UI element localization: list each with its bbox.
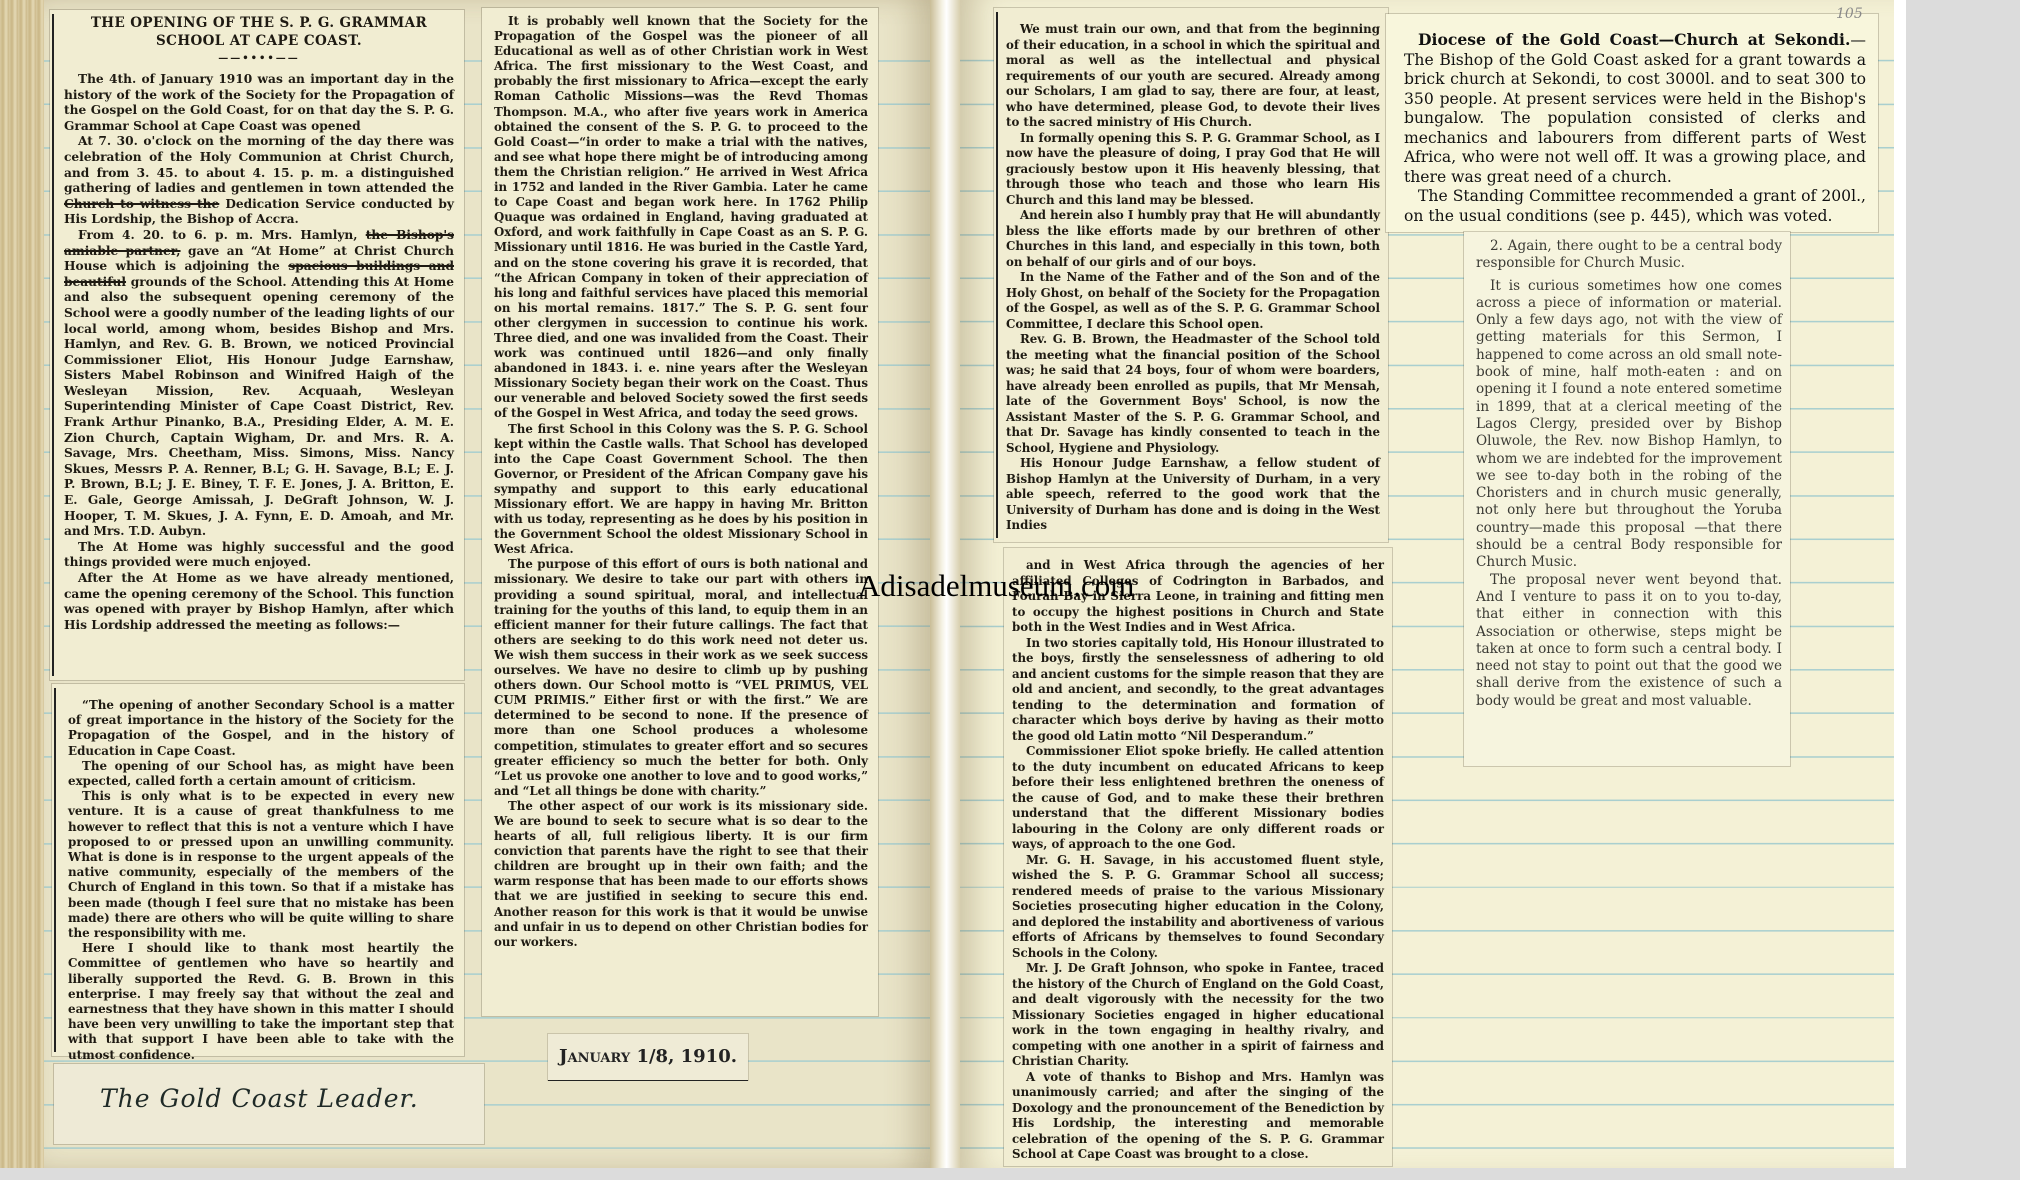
right-margin bbox=[1894, 0, 1906, 1168]
paragraph: In formally opening this S. P. G. Gramma… bbox=[1006, 131, 1380, 209]
paragraph: A vote of thanks to Bishop and Mrs. Haml… bbox=[1012, 1070, 1384, 1163]
page-number: 105 bbox=[1836, 6, 1863, 22]
headline-ornament: ——••••—— bbox=[64, 54, 454, 64]
paragraph: His Honour Judge Earnshaw, a fellow stud… bbox=[1006, 456, 1380, 534]
paragraph: The proposal never went beyond that. And… bbox=[1476, 572, 1782, 710]
handwritten-source: The Gold Coast Leader. bbox=[100, 1084, 419, 1113]
column-rule bbox=[52, 14, 54, 676]
paragraph: And herein also I humbly pray that He wi… bbox=[1006, 208, 1380, 270]
struck-text: Church to witness the bbox=[64, 197, 219, 211]
date-label: January 1/8, 1910. bbox=[559, 1046, 737, 1067]
paragraph: The At Home was highly successful and th… bbox=[64, 540, 454, 571]
speech-part-4-clipping: and in West Africa through the agencies … bbox=[1004, 548, 1392, 1166]
article-headline: THE OPENING OF THE S. P. G. GRAMMAR SCHO… bbox=[64, 14, 454, 50]
paragraph: From 4. 20. to 6. p. m. Mrs. Hamlyn, the… bbox=[64, 228, 454, 540]
text: At 7. 30. o'clock on the morning of the … bbox=[64, 134, 454, 195]
headline-line-1: THE OPENING OF THE S. P. G. GRAMMAR bbox=[64, 14, 454, 32]
scrapbook-album: THE OPENING OF THE S. P. G. GRAMMAR SCHO… bbox=[0, 0, 1906, 1168]
paragraph: It is probably well known that the Socie… bbox=[494, 14, 868, 422]
paragraph: Mr. J. De Graft Johnson, who spoke in Fa… bbox=[1012, 961, 1384, 1070]
paragraph: In two stories capitally told, His Honou… bbox=[1012, 636, 1384, 745]
paragraph: The opening of our School has, as might … bbox=[68, 759, 454, 789]
paragraph: At 7. 30. o'clock on the morning of the … bbox=[64, 134, 454, 228]
clipping-title: Diocese of the Gold Coast—Church at Seko… bbox=[1418, 30, 1850, 49]
page-edges bbox=[0, 0, 44, 1168]
paragraph: The first School in this Colony was the … bbox=[494, 422, 868, 558]
headline-line-2: SCHOOL AT CAPE COAST. bbox=[64, 32, 454, 50]
column-rule bbox=[54, 688, 56, 1052]
paragraph: We must train our own, and that from the… bbox=[1006, 22, 1380, 131]
paragraph: It is curious sometimes how one comes ac… bbox=[1476, 278, 1782, 572]
text: grounds of the School. Attending this At… bbox=[64, 275, 454, 539]
text: From 4. 20. to 6. p. m. Mrs. Hamlyn, bbox=[78, 228, 358, 242]
speech-part-2-clipping: It is probably well known that the Socie… bbox=[482, 8, 878, 1016]
paragraph: “The opening of another Secondary School… bbox=[68, 698, 454, 759]
paragraph: Rev. G. B. Brown, the Headmaster of the … bbox=[1006, 332, 1380, 456]
paragraph: Commissioner Eliot spoke briefly. He cal… bbox=[1012, 744, 1384, 853]
paragraph: 2. Again, there ought to be a central bo… bbox=[1476, 238, 1782, 273]
column-rule bbox=[996, 12, 998, 538]
paragraph: The 4th. of January 1910 was an importan… bbox=[64, 72, 454, 134]
paragraph: Diocese of the Gold Coast—Church at Seko… bbox=[1404, 30, 1866, 187]
sekondi-church-clipping: Diocese of the Gold Coast—Church at Seko… bbox=[1386, 14, 1878, 232]
paragraph: The other aspect of our work is its miss… bbox=[494, 799, 868, 950]
paragraph: This is only what is to be expected in e… bbox=[68, 789, 454, 941]
speech-part-1-clipping: “The opening of another Secondary School… bbox=[52, 684, 464, 1056]
paragraph: The purpose of this effort of ours is bo… bbox=[494, 557, 868, 799]
paragraph: Mr. G. H. Savage, in his accustomed flue… bbox=[1012, 853, 1384, 962]
watermark: Adisadelmuseum.com bbox=[858, 568, 1134, 604]
paragraph: After the At Home as we have already men… bbox=[64, 571, 454, 633]
paragraph: Here I should like to thank most heartil… bbox=[68, 941, 454, 1063]
speech-part-3-clipping: We must train our own, and that from the… bbox=[994, 8, 1388, 542]
handwritten-source-clipping: The Gold Coast Leader. bbox=[54, 1064, 484, 1144]
date-clipping: January 1/8, 1910. bbox=[548, 1034, 748, 1080]
article-opening-clipping: THE OPENING OF THE S. P. G. GRAMMAR SCHO… bbox=[50, 10, 464, 680]
text: —The Bishop of the Gold Coast asked for … bbox=[1404, 31, 1866, 186]
paragraph: The Standing Committee recommended a gra… bbox=[1404, 187, 1866, 226]
church-music-clipping: 2. Again, there ought to be a central bo… bbox=[1464, 232, 1790, 766]
paragraph: In the Name of the Father and of the Son… bbox=[1006, 270, 1380, 332]
